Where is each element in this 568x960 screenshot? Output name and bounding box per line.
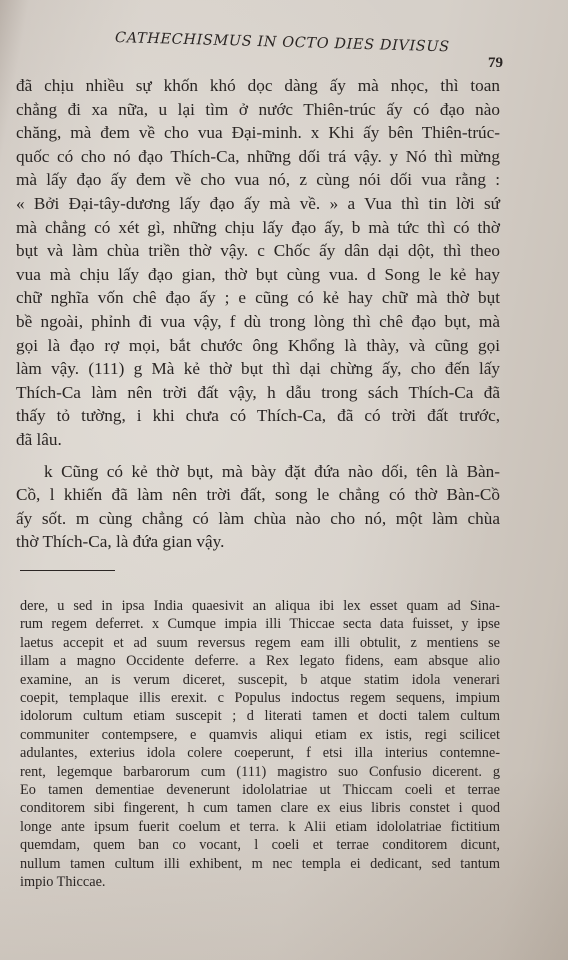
- text-line: mà lấy đạo ấy đem về cho vua nó, z cùng …: [16, 168, 500, 192]
- footnote-line: dere, u sed in ipsa India quaesivit an a…: [20, 597, 500, 615]
- main-text: đã chịu nhiều sự khốn khó dọc dàng ấy mà…: [16, 74, 500, 554]
- running-title: CATHECHISMUS IN OCTO DIES DIVISUS: [115, 30, 505, 57]
- footnote-line: conditorem sibi fingerent, h cum tamen c…: [20, 799, 500, 817]
- footnote-line: impio Thiccae.: [20, 873, 500, 891]
- text-line: chẳng đi xa nữa, u lại tìm ở nước Thiên-…: [16, 98, 500, 122]
- footnote-line: laetus accepit et ad suum reversus regem…: [20, 634, 500, 652]
- page-number: 79: [488, 55, 503, 72]
- footnote-line: examine, an is verum diceret, suscepit, …: [20, 671, 500, 689]
- footnote-line: nullum tamen cultum illi exhibent, m nec…: [20, 855, 500, 873]
- text-line: đã lâu.: [16, 428, 500, 452]
- text-line: vua mà chịu lấy đạo gian, thờ bụt cùng v…: [16, 263, 500, 287]
- text-line: ấy sốt. m cùng chẳng có làm chùa nào cho…: [16, 507, 500, 531]
- footnote-line: quemdam, quem ban co vocant, l coeli et …: [20, 836, 500, 854]
- footnote-divider: [20, 570, 115, 571]
- text-line: đã chịu nhiều sự khốn khó dọc dàng ấy mà…: [16, 74, 500, 98]
- footnote-line: idolorum cultum etiam suscepit ; d liter…: [20, 707, 500, 725]
- footnotes: dere, u sed in ipsa India quaesivit an a…: [20, 597, 500, 892]
- book-page: CATHECHISMUS IN OCTO DIES DIVISUS 79 đã …: [0, 0, 568, 960]
- paragraph-1: đã chịu nhiều sự khốn khó dọc dàng ấy mà…: [16, 74, 500, 452]
- footnote-line: communiter contempsere, e quamvis aliqui…: [20, 726, 500, 744]
- paragraph-2: k Cũng có kẻ thờ bụt, mà bày đặt đứa nào…: [16, 460, 500, 554]
- footnote-line: rent, legemque barbarorum cum (111) magi…: [20, 763, 500, 781]
- text-line: thấy tỏ tường, i khi chưa có Thích-Ca, đ…: [16, 404, 500, 428]
- footnote-line: coepit, templaque illis erexit. c Populu…: [20, 689, 500, 707]
- text-line: chữ nghĩa vốn chê đạo ấy ; e cũng có kẻ …: [16, 286, 500, 310]
- text-line: Cồ, l khiến đã làm nên trời đất, song le…: [16, 483, 500, 507]
- text-line: quốc có cho nó đạo Thích-Ca, những dối t…: [16, 145, 500, 169]
- text-line: Thích-Ca làm nên trời đất vậy, h dẫu tro…: [16, 381, 500, 405]
- text-line: bề ngoài, phỉnh đi vua vậy, f dù trong l…: [16, 310, 500, 334]
- footnote-line: Eo tamen dementiae devenerunt idololatri…: [20, 781, 500, 799]
- footnote-line: adulantes, exterius idola colere coeperu…: [20, 744, 500, 762]
- text-line: làm vậy. (111) g Mà kẻ thờ bụt thì dại c…: [16, 357, 500, 381]
- footnote-line: rum regem deferret. x Cumque impia illi …: [20, 615, 500, 633]
- text-line: gọi là đạo rợ mọi, bắt chước ông Khổng l…: [16, 334, 500, 358]
- text-line: mà chẳng có xét gì, những chịu lấy đạo ấ…: [16, 216, 500, 240]
- footnote-line: illam a magno Occidente deferre. a Rex l…: [20, 652, 500, 670]
- text-line: bụt và làm chùa triền thờ vậy. c Chốc ấy…: [16, 239, 500, 263]
- text-line: chăng, mà đem về cho vua Đại-minh. x Khi…: [16, 121, 500, 145]
- text-line: thờ Thích-Ca, là đứa gian vậy.: [16, 530, 500, 554]
- text-line: k Cũng có kẻ thờ bụt, mà bày đặt đứa nào…: [16, 460, 500, 484]
- text-line: « Bởi Đại-tây-dương lấy đạo ấy mà về. » …: [16, 192, 500, 216]
- footnote-line: longe ante ipsum fuerit coelum et terra.…: [20, 818, 500, 836]
